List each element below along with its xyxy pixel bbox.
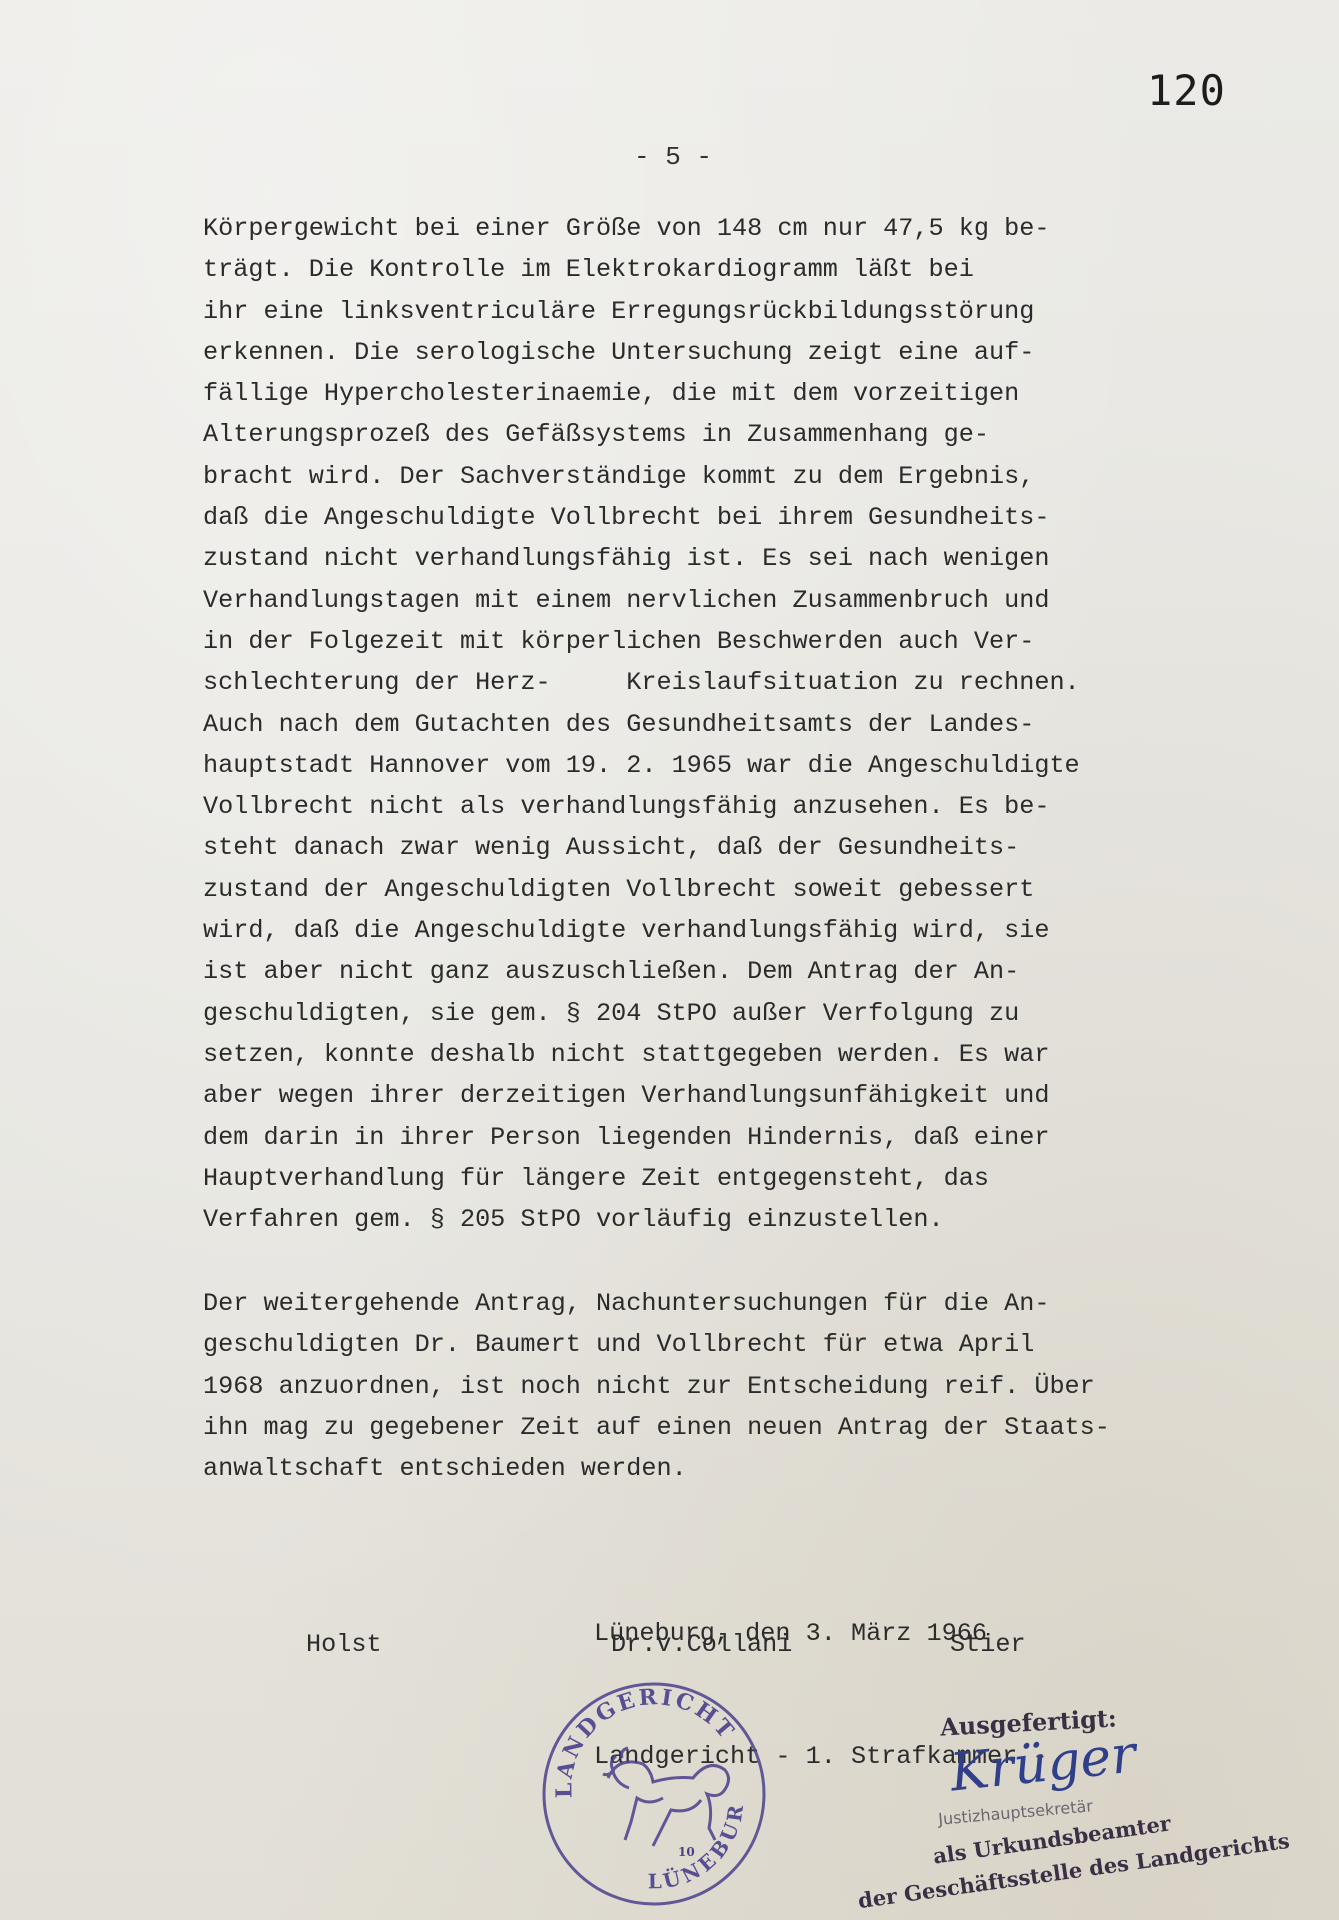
- text-line: daß die Angeschuldigte Vollbrecht bei ih…: [203, 497, 1080, 538]
- text-line: steht danach zwar wenig Aussicht, daß de…: [203, 827, 1080, 868]
- text-line: anwaltschaft entschieden werden.: [203, 1448, 1110, 1489]
- text-line: schlechterung der Herz- Kreislaufsituati…: [203, 662, 1080, 703]
- text-line: zustand der Angeschuldigten Vollbrecht s…: [203, 869, 1080, 910]
- page-marker: - 5 -: [634, 142, 712, 172]
- text-line: fällige Hypercholesterinaemie, die mit d…: [203, 373, 1080, 414]
- certification-stamp: Ausgefertigt: Krüger Justizhauptsekretär…: [840, 1690, 1260, 1920]
- judge-name: Holst: [306, 1630, 382, 1659]
- text-line: bracht wird. Der Sachverständige kommt z…: [203, 456, 1080, 497]
- text-line: Alterungsprozeß des Gefäßsystems in Zusa…: [203, 414, 1080, 455]
- text-line: Hauptverhandlung für längere Zeit entgeg…: [203, 1158, 1080, 1199]
- text-line: ihr eine linksventriculäre Erregungsrück…: [203, 291, 1080, 332]
- text-line: Der weitergehende Antrag, Nachuntersuchu…: [203, 1283, 1110, 1324]
- text-line: ist aber nicht ganz auszuschließen. Dem …: [203, 951, 1080, 992]
- seal-stamp-icon: LANDGERICHT LÜNEBURG 10: [538, 1678, 770, 1910]
- judge-name: Dr.v.Collani: [611, 1630, 792, 1659]
- text-line: Auch nach dem Gutachten des Gesundheitsa…: [203, 704, 1080, 745]
- text-line: 1968 anzuordnen, ist noch nicht zur Ents…: [203, 1366, 1110, 1407]
- text-line: trägt. Die Kontrolle im Elektrokardiogra…: [203, 249, 1080, 290]
- text-line: setzen, konnte deshalb nicht stattgegebe…: [203, 1034, 1080, 1075]
- folio-number: 120: [1147, 66, 1226, 115]
- text-line: geschuldigten, sie gem. § 204 StPO außer…: [203, 993, 1080, 1034]
- text-line: Verhandlungstagen mit einem nervlichen Z…: [203, 580, 1080, 621]
- text-line: zustand nicht verhandlungsfähig ist. Es …: [203, 538, 1080, 579]
- text-line: hauptstadt Hannover vom 19. 2. 1965 war …: [203, 745, 1080, 786]
- text-line: erkennen. Die serologische Untersuchung …: [203, 332, 1080, 373]
- text-line: geschuldigten Dr. Baumert und Vollbrecht…: [203, 1324, 1110, 1365]
- text-line: dem darin in ihrer Person liegenden Hind…: [203, 1117, 1080, 1158]
- text-line: ihn mag zu gegebener Zeit auf einen neue…: [203, 1407, 1110, 1448]
- text-line: wird, daß die Angeschuldigte verhandlung…: [203, 910, 1080, 951]
- paragraph-2: Der weitergehende Antrag, Nachuntersuchu…: [203, 1283, 1110, 1489]
- horse-icon: [603, 1748, 729, 1846]
- text-line: aber wegen ihrer derzeitigen Verhandlung…: [203, 1075, 1080, 1116]
- text-line: Verfahren gem. § 205 StPO vorläufig einz…: [203, 1199, 1080, 1240]
- text-line: Vollbrecht nicht als verhandlungsfähig a…: [203, 786, 1080, 827]
- text-line: in der Folgezeit mit körperlichen Beschw…: [203, 621, 1080, 662]
- judge-name: Stier: [950, 1630, 1026, 1659]
- paragraph-1: Körpergewicht bei einer Größe von 148 cm…: [203, 208, 1080, 1240]
- court-seal: LANDGERICHT LÜNEBURG 10: [538, 1678, 770, 1910]
- svg-text:10: 10: [678, 1845, 695, 1859]
- text-line: Körpergewicht bei einer Größe von 148 cm…: [203, 208, 1080, 249]
